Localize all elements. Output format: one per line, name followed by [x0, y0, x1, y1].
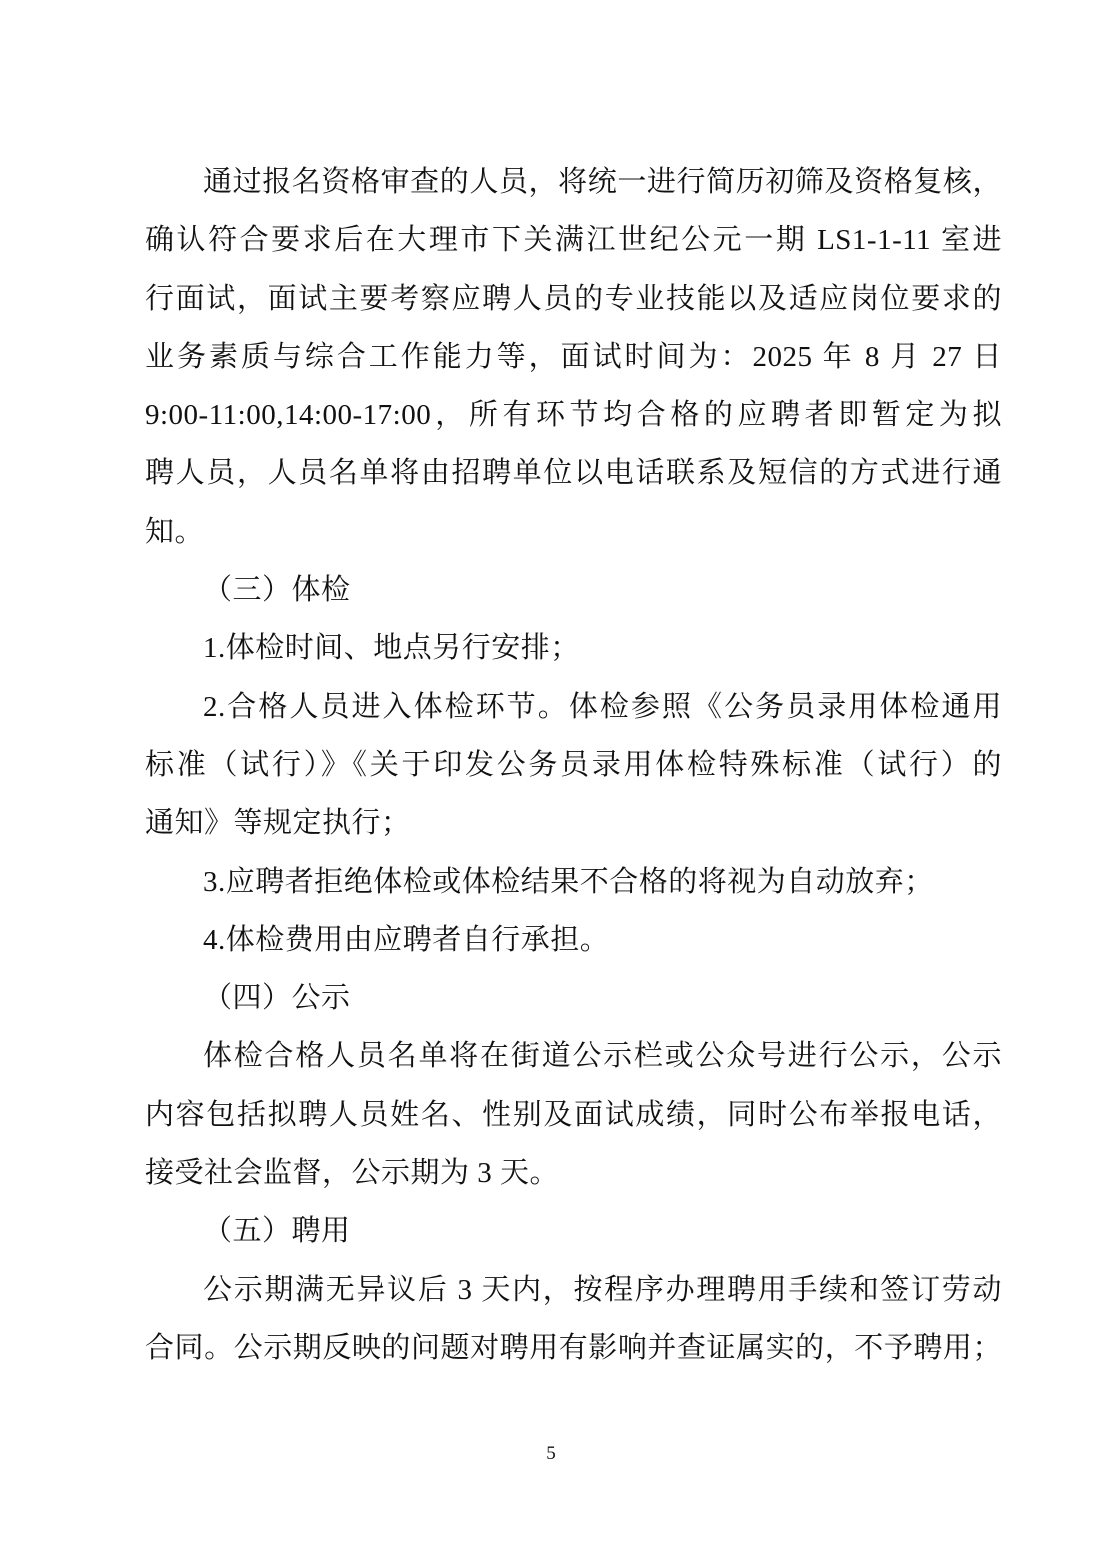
text-line: 接受社会监督，公示期为 3 天。	[145, 1144, 1002, 1202]
text-line: 体检合格人员名单将在街道公示栏或公众号进行公示，公示	[145, 1027, 1002, 1085]
text-line: 通过报名资格审查的人员，将统一进行简历初筛及资格复核，	[145, 153, 1002, 211]
text-line: 4.体检费用由应聘者自行承担。	[145, 911, 1002, 969]
text-line: 1.体检时间、地点另行安排；	[145, 619, 1002, 677]
text-line: 行面试，面试主要考察应聘人员的专业技能以及适应岗位要求的	[145, 270, 1002, 328]
text-line: 内容包括拟聘人员姓名、性别及面试成绩，同时公布举报电话，	[145, 1086, 1002, 1144]
page-number: 5	[0, 1441, 1102, 1467]
text-line: 业务素质与综合工作能力等，面试时间为：2025 年 8 月 27 日	[145, 328, 1002, 386]
document-body: 通过报名资格审查的人员，将统一进行简历初筛及资格复核， 确认符合要求后在大理市下…	[145, 153, 1002, 1377]
text-line: 知。	[145, 503, 1002, 561]
section-heading: （四）公示	[145, 969, 1002, 1027]
document-page: 通过报名资格审查的人员，将统一进行简历初筛及资格复核， 确认符合要求后在大理市下…	[0, 0, 1102, 1559]
text-line: 2.合格人员进入体检环节。体检参照《公务员录用体检通用	[145, 678, 1002, 736]
text-line: 公示期满无异议后 3 天内，按程序办理聘用手续和签订劳动	[145, 1261, 1002, 1319]
text-line: 合同。公示期反映的问题对聘用有影响并查证属实的，不予聘用；	[145, 1319, 1002, 1377]
text-line: 通知》等规定执行；	[145, 794, 1002, 852]
section-heading: （五）聘用	[145, 1202, 1002, 1260]
text-line: 9:00-11:00,14:00-17:00，所有环节均合格的应聘者即暂定为拟	[145, 386, 1002, 444]
text-line: 3.应聘者拒绝体检或体检结果不合格的将视为自动放弃；	[145, 853, 1002, 911]
text-line: 标准（试行）》《关于印发公务员录用体检特殊标准（试行）的	[145, 736, 1002, 794]
text-line: 确认符合要求后在大理市下关满江世纪公元一期 LS1-1-11 室进	[145, 211, 1002, 269]
text-line: 聘人员，人员名单将由招聘单位以电话联系及短信的方式进行通	[145, 444, 1002, 502]
section-heading: （三）体检	[145, 561, 1002, 619]
